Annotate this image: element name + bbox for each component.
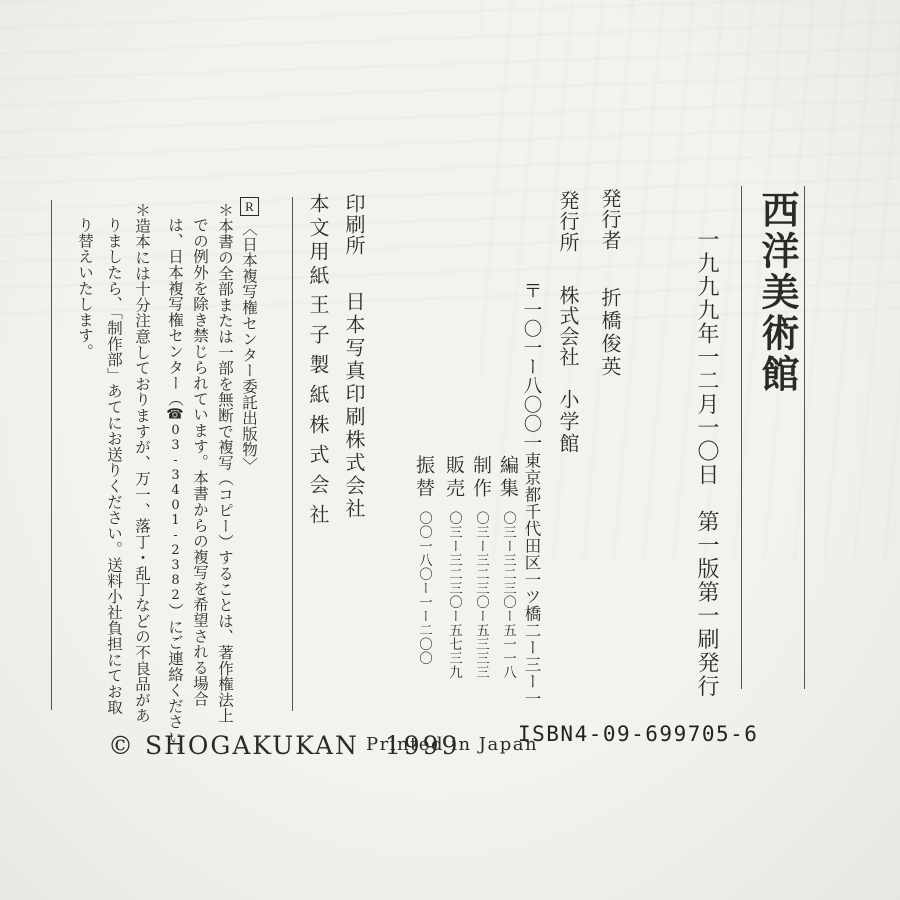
phone-number: 〇三ー三二三〇ー五七三九 <box>446 511 462 679</box>
rights-line-3: での例外を除き禁じられています。本書からの複写を希望される場合 <box>189 217 211 707</box>
rights-line-4: は、日本複写権センター（☎03-3401-2382）にご連絡ください。 <box>164 217 186 761</box>
rights-line-5: ＊造本には十分注意しておりますが、万一、落丁・乱丁などの不良品があ <box>131 202 153 723</box>
publisher-name: 折橋俊英 <box>598 287 622 379</box>
copyright-text: © SHOGAKUKAN <box>108 731 359 760</box>
publisher-company-column: 発行所株式会社小学館 <box>554 190 583 455</box>
rights-line-7: り替えいたします。 <box>74 217 96 359</box>
publisher-person-column: 発行者折橋俊英 <box>596 188 625 379</box>
phone-label: 販売 <box>443 455 465 501</box>
rights-rule-left <box>51 200 52 710</box>
rights-line-6: りましたら、「制作部」あてにお送りください。送料小社負担にてお取 <box>103 217 125 715</box>
paper-label: 本文用紙 <box>306 193 330 289</box>
rights-center-title: 〈日本複写権センター委託出版物〉 <box>240 220 258 473</box>
phone-column-sales: 販売〇三ー三二三〇ー五七三九 <box>441 455 468 679</box>
phone-label: 編集 <box>497 455 519 501</box>
printer-column: 印刷所日本写真印刷株式会社 <box>340 193 369 521</box>
isbn-number: ISBN4-09-699705-6 <box>518 722 758 746</box>
printed-in-japan: Printed in Japan <box>366 734 538 755</box>
telephone-icon: ☎ <box>167 407 183 423</box>
issuer-company-type: 株式会社 <box>556 285 580 367</box>
rights-line-2: ＊本書の全部または一部を無断で複写（コピー）することは、著作権法上 <box>214 202 236 723</box>
paper-name: 王子製紙株式会社 <box>306 294 330 534</box>
phone-number: 〇三ー三二三〇ー五三三三 <box>473 511 489 679</box>
postal-code: 〒一〇一ー八〇〇一 <box>521 281 542 452</box>
rights-line-4-pre: は、日本複写権センター（ <box>166 217 184 407</box>
street-address: 東京都千代田区一ツ橋二ー三ー一 <box>522 452 541 707</box>
publisher-role-label: 発行者 <box>598 188 622 251</box>
phone-column-production: 制作〇三ー三二三〇ー五三三三 <box>468 455 495 679</box>
phone-number: 〇〇一八〇ー一ー二〇〇 <box>416 511 432 665</box>
printer-name: 日本写真印刷株式会社 <box>342 291 366 521</box>
title-rule-left <box>741 186 742 689</box>
paper-column: 本文用紙王子製紙株式会社 <box>304 193 333 534</box>
phone-label: 振替 <box>413 455 435 501</box>
issuer-company-name: 小学館 <box>556 389 580 455</box>
registered-mark-icon: R <box>240 197 259 216</box>
rights-phone-number: 03-3401-2382 <box>168 423 183 603</box>
phone-column-transfer: 振替〇〇一八〇ー一ー二〇〇 <box>411 455 438 665</box>
edition-date-line: 一九九九年一二月一〇日 第一版第一刷発行 <box>691 228 722 698</box>
phone-number: 〇三ー三二三〇ー五一一八 <box>500 511 516 679</box>
issuer-role-label: 発行所 <box>556 190 580 253</box>
phone-label: 制作 <box>470 455 492 501</box>
rights-line-1: R〈日本複写権センター委託出版物〉 <box>238 197 260 473</box>
phone-column-editorial: 編集〇三ー三二三〇ー五一一八 <box>495 455 522 679</box>
rights-rule-right <box>292 197 293 711</box>
book-title: 西洋美術館 <box>750 190 805 395</box>
printer-label: 印刷所 <box>342 193 366 256</box>
